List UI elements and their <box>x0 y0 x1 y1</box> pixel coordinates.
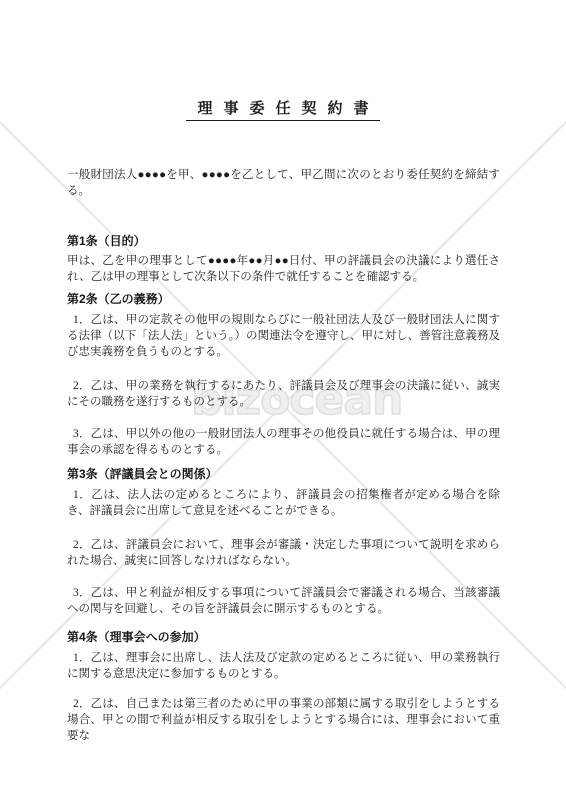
article-2-heading: 第2条（乙の義務） <box>67 291 500 307</box>
article-3-heading: 第3条（評議員会との関係） <box>67 466 500 482</box>
article-4-heading: 第4条（理事会への参加） <box>67 629 500 645</box>
article-3-paragraph-1: 1．乙は、法人法の定めるところにより、評議員会の招集権者が定める場合を除き、評議… <box>67 487 500 519</box>
article-3-paragraph-3: 3．乙は、甲と利益が相反する事項について評議員会で審議される場合、当該審議への関… <box>67 585 500 617</box>
article-2-paragraph-1: 1．乙は、甲の定款その他甲の規則ならびに一般社団法人及び一般財団法人に関する法律… <box>67 312 500 360</box>
doc-title-wrap: 理事委任契約書 <box>0 97 566 121</box>
intro-paragraph: 一般財団法人●●●●を甲、●●●●を乙として、甲乙間に次のとおり委任契約を締結す… <box>67 167 500 199</box>
article-2-paragraph-3: 3．乙は、甲以外の他の一般財団法人の理事その他役員に就任する場合は、甲の理事会の… <box>67 426 500 458</box>
article-2-paragraph-2: 2．乙は、甲の業務を執行するにあたり、評議員会及び理事会の決議に従い、誠実にその… <box>67 378 500 410</box>
document-title: 理事委任契約書 <box>186 97 379 121</box>
article-1-heading: 第1条（目的） <box>67 233 500 249</box>
contract-document-page: bizocean 理事委任契約書 一般財団法人●●●●を甲、●●●●を乙として、… <box>0 0 566 800</box>
article-1-paragraph-1: 甲は、乙を甲の理事として●●●●年●●月●●日付、甲の評議員会の決議により選任さ… <box>67 253 500 285</box>
article-4-paragraph-2: 2．乙は、自己または第三者のために甲の事業の部類に属する取引をしようとする場合、… <box>67 696 500 744</box>
article-3-paragraph-2: 2．乙は、評議員会において、理事会が審議・決定した事項について説明を求められた場… <box>67 537 500 569</box>
article-4-paragraph-1: 1．乙は、理事会に出席し、法人法及び定款の定めるところに従い、甲の業務執行に関す… <box>67 650 500 682</box>
